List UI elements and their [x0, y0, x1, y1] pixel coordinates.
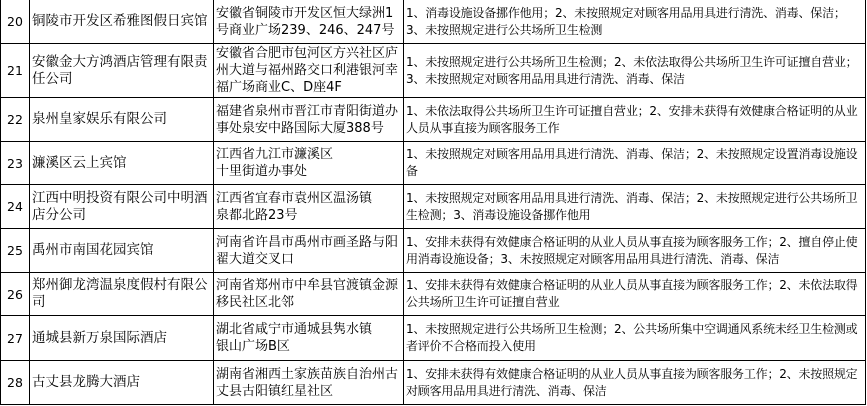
venue-address: 安徽省铜陵市开发区恒大绿洲1号商业广场239、246、247号 [214, 0, 404, 44]
table-row: 22泉州皇家娱乐有限公司福建省泉州市晋江市青阳街道办事处泉安中路国际大厦388号… [1, 98, 866, 142]
table-row: 25禹州市南国花园宾馆河南省许昌市禹州市画圣路与阳翟大道交叉口1、安排未获得有效… [1, 229, 866, 273]
venue-address: 湖南省湘西土家族苗族自治州古丈县古阳镇红星社区 [214, 361, 404, 405]
violation-issues: 1、消毒设施设备挪作他用；2、未按照规定对顾客用品用具进行清洗、消毒、保洁；3、… [404, 0, 866, 44]
venue-address: 江西省宜春市袁州区温汤镇 泉都北路23号 [214, 185, 404, 229]
venue-name: 古丈县龙腾大酒店 [30, 361, 214, 405]
row-number: 20 [1, 0, 30, 44]
venue-name: 濂溪区云上宾馆 [30, 142, 214, 185]
venue-name: 铜陵市开发区希雅图假日宾馆 [30, 0, 214, 44]
table-row: 21安徽金大方鸿酒店管理有限责任公司安徽省合肥市包河区方兴社区庐州大道与福州路交… [1, 44, 866, 98]
venue-address: 安徽省合肥市包河区方兴社区庐州大道与福州路交口利港银河幸福广场商业C、D座4F [214, 44, 404, 98]
row-number: 25 [1, 229, 30, 273]
venue-address: 湖北省咸宁市通城县隽水镇 银山广场B区 [214, 316, 404, 361]
venue-address: 河南省郑州市中牟县官渡镇金源移民社区北邻 [214, 273, 404, 316]
row-number: 28 [1, 361, 30, 405]
table-row: 26郑州御龙湾温泉度假村有限公司河南省郑州市中牟县官渡镇金源移民社区北邻1、安排… [1, 273, 866, 316]
row-number: 27 [1, 316, 30, 361]
row-number: 22 [1, 98, 30, 142]
table-row: 20铜陵市开发区希雅图假日宾馆安徽省铜陵市开发区恒大绿洲1号商业广场239、24… [1, 0, 866, 44]
violation-issues: 1、安排未获得有效健康合格证明的从业人员从事直接为顾客服务工作；2、未按照规定对… [404, 361, 866, 405]
venue-name: 江西中明投资有限公司中明酒店分公司 [30, 185, 214, 229]
venue-address: 河南省许昌市禹州市画圣路与阳翟大道交叉口 [214, 229, 404, 273]
violation-issues: 1、未按照规定进行公共场所卫生检测；2、公共场所集中空调通风系统未经卫生检测或者… [404, 316, 866, 361]
violation-issues: 1、未按照规定对顾客用品用具进行清洗、消毒、保洁；2、未按照规定进行公共场所卫生… [404, 185, 866, 229]
row-number: 23 [1, 142, 30, 185]
violation-issues: 1、未按照规定对顾客用品用具进行清洗、消毒、保洁；2、未按照规定设置消毒设施设备 [404, 142, 866, 185]
table-row: 27通城县新万泉国际酒店湖北省咸宁市通城县隽水镇 银山广场B区1、未按照规定进行… [1, 316, 866, 361]
venue-name: 郑州御龙湾温泉度假村有限公司 [30, 273, 214, 316]
violation-issues: 1、安排未获得有效健康合格证明的从业人员从事直接为顾客服务工作；2、擅自停止使用… [404, 229, 866, 273]
venue-name: 禹州市南国花园宾馆 [30, 229, 214, 273]
venue-name: 泉州皇家娱乐有限公司 [30, 98, 214, 142]
venue-address: 福建省泉州市晋江市青阳街道办事处泉安中路国际大厦388号 [214, 98, 404, 142]
row-number: 21 [1, 44, 30, 98]
violations-table: 20铜陵市开发区希雅图假日宾馆安徽省铜陵市开发区恒大绿洲1号商业广场239、24… [0, 0, 866, 405]
venue-address: 江西省九江市濂溪区 十里街道办事处 [214, 142, 404, 185]
row-number: 24 [1, 185, 30, 229]
venue-name: 通城县新万泉国际酒店 [30, 316, 214, 361]
table-row: 23濂溪区云上宾馆江西省九江市濂溪区 十里街道办事处1、未按照规定对顾客用品用具… [1, 142, 866, 185]
violation-issues: 1、未依法取得公共场所卫生许可证擅自营业；2、安排未获得有效健康合格证明的从业人… [404, 98, 866, 142]
table-row: 24江西中明投资有限公司中明酒店分公司江西省宜春市袁州区温汤镇 泉都北路23号1… [1, 185, 866, 229]
venue-name: 安徽金大方鸿酒店管理有限责任公司 [30, 44, 214, 98]
table-row: 28古丈县龙腾大酒店湖南省湘西土家族苗族自治州古丈县古阳镇红星社区1、安排未获得… [1, 361, 866, 405]
violation-issues: 1、未按照规定进行公共场所卫生检测；2、未依法取得公共场所卫生许可证擅自营业；3… [404, 44, 866, 98]
row-number: 26 [1, 273, 30, 316]
violation-issues: 1、安排未获得有效健康合格证明的从业人员从事直接为顾客服务工作；2、未依法取得公… [404, 273, 866, 316]
